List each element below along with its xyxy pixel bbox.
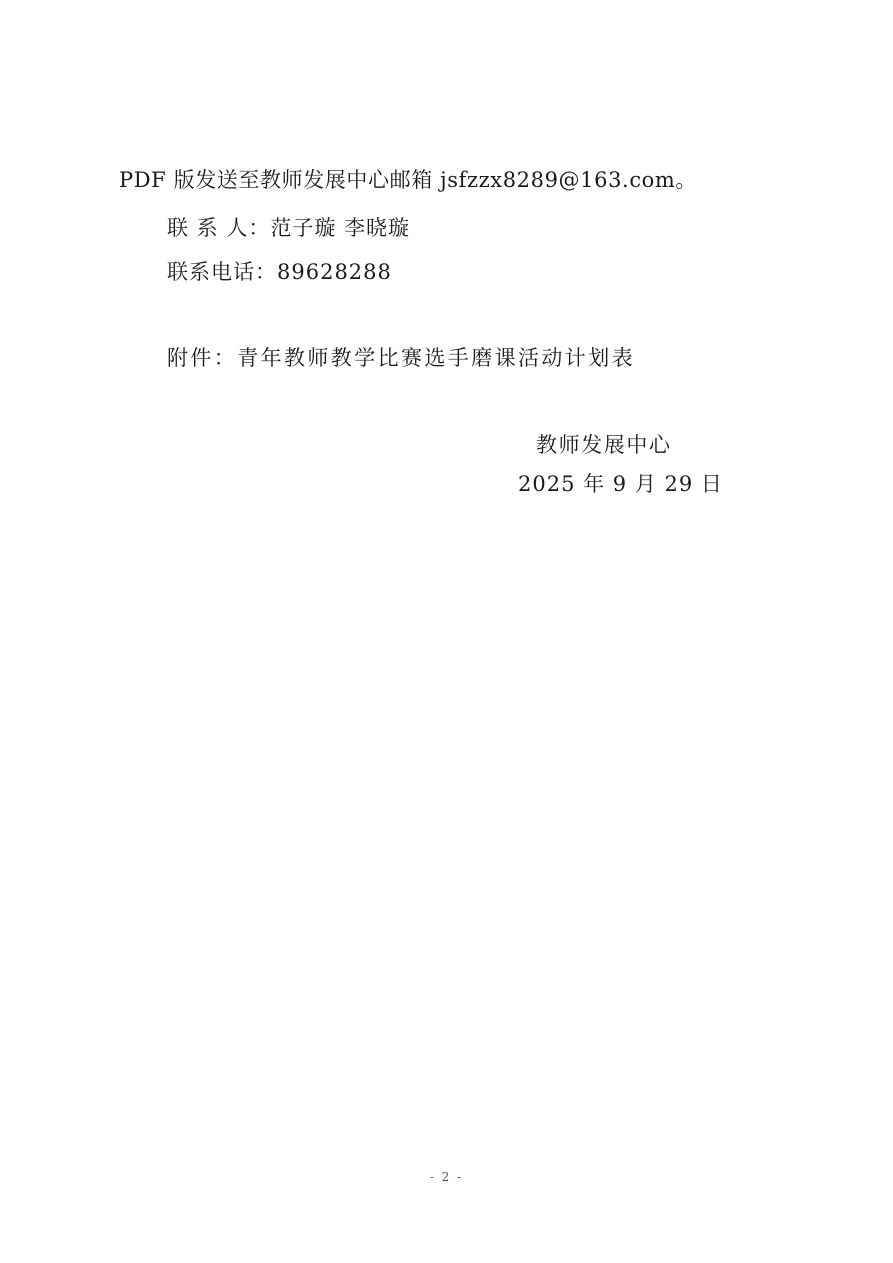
signature-date: 2025 年 9 月 29 日 [518, 470, 723, 498]
contact-phone-line: 联系电话：89628288 [167, 258, 392, 286]
signature-organization: 教师发展中心 [536, 431, 672, 459]
attachment-line: 附件：青年教师教学比赛选手磨课活动计划表 [167, 344, 635, 372]
contact-person-line: 联 系 人：范子璇 李晓璇 [167, 214, 410, 242]
document-page: PDF 版发送至教师发展中心邮箱 jsfzzx8289@163.com。 联 系… [0, 0, 893, 1263]
contact-person-names: 范子璇 李晓璇 [270, 216, 410, 240]
contact-person-label: 联 系 人： [167, 216, 270, 240]
contact-phone-label: 联系电话： [167, 260, 277, 284]
contact-phone-value: 89628288 [277, 260, 392, 284]
page-number: - 2 - [0, 1170, 893, 1184]
paragraph-continuation: PDF 版发送至教师发展中心邮箱 jsfzzx8289@163.com。 [119, 166, 697, 194]
attachment-label: 附件： [167, 346, 237, 370]
attachment-title: 青年教师教学比赛选手磨课活动计划表 [237, 346, 635, 370]
